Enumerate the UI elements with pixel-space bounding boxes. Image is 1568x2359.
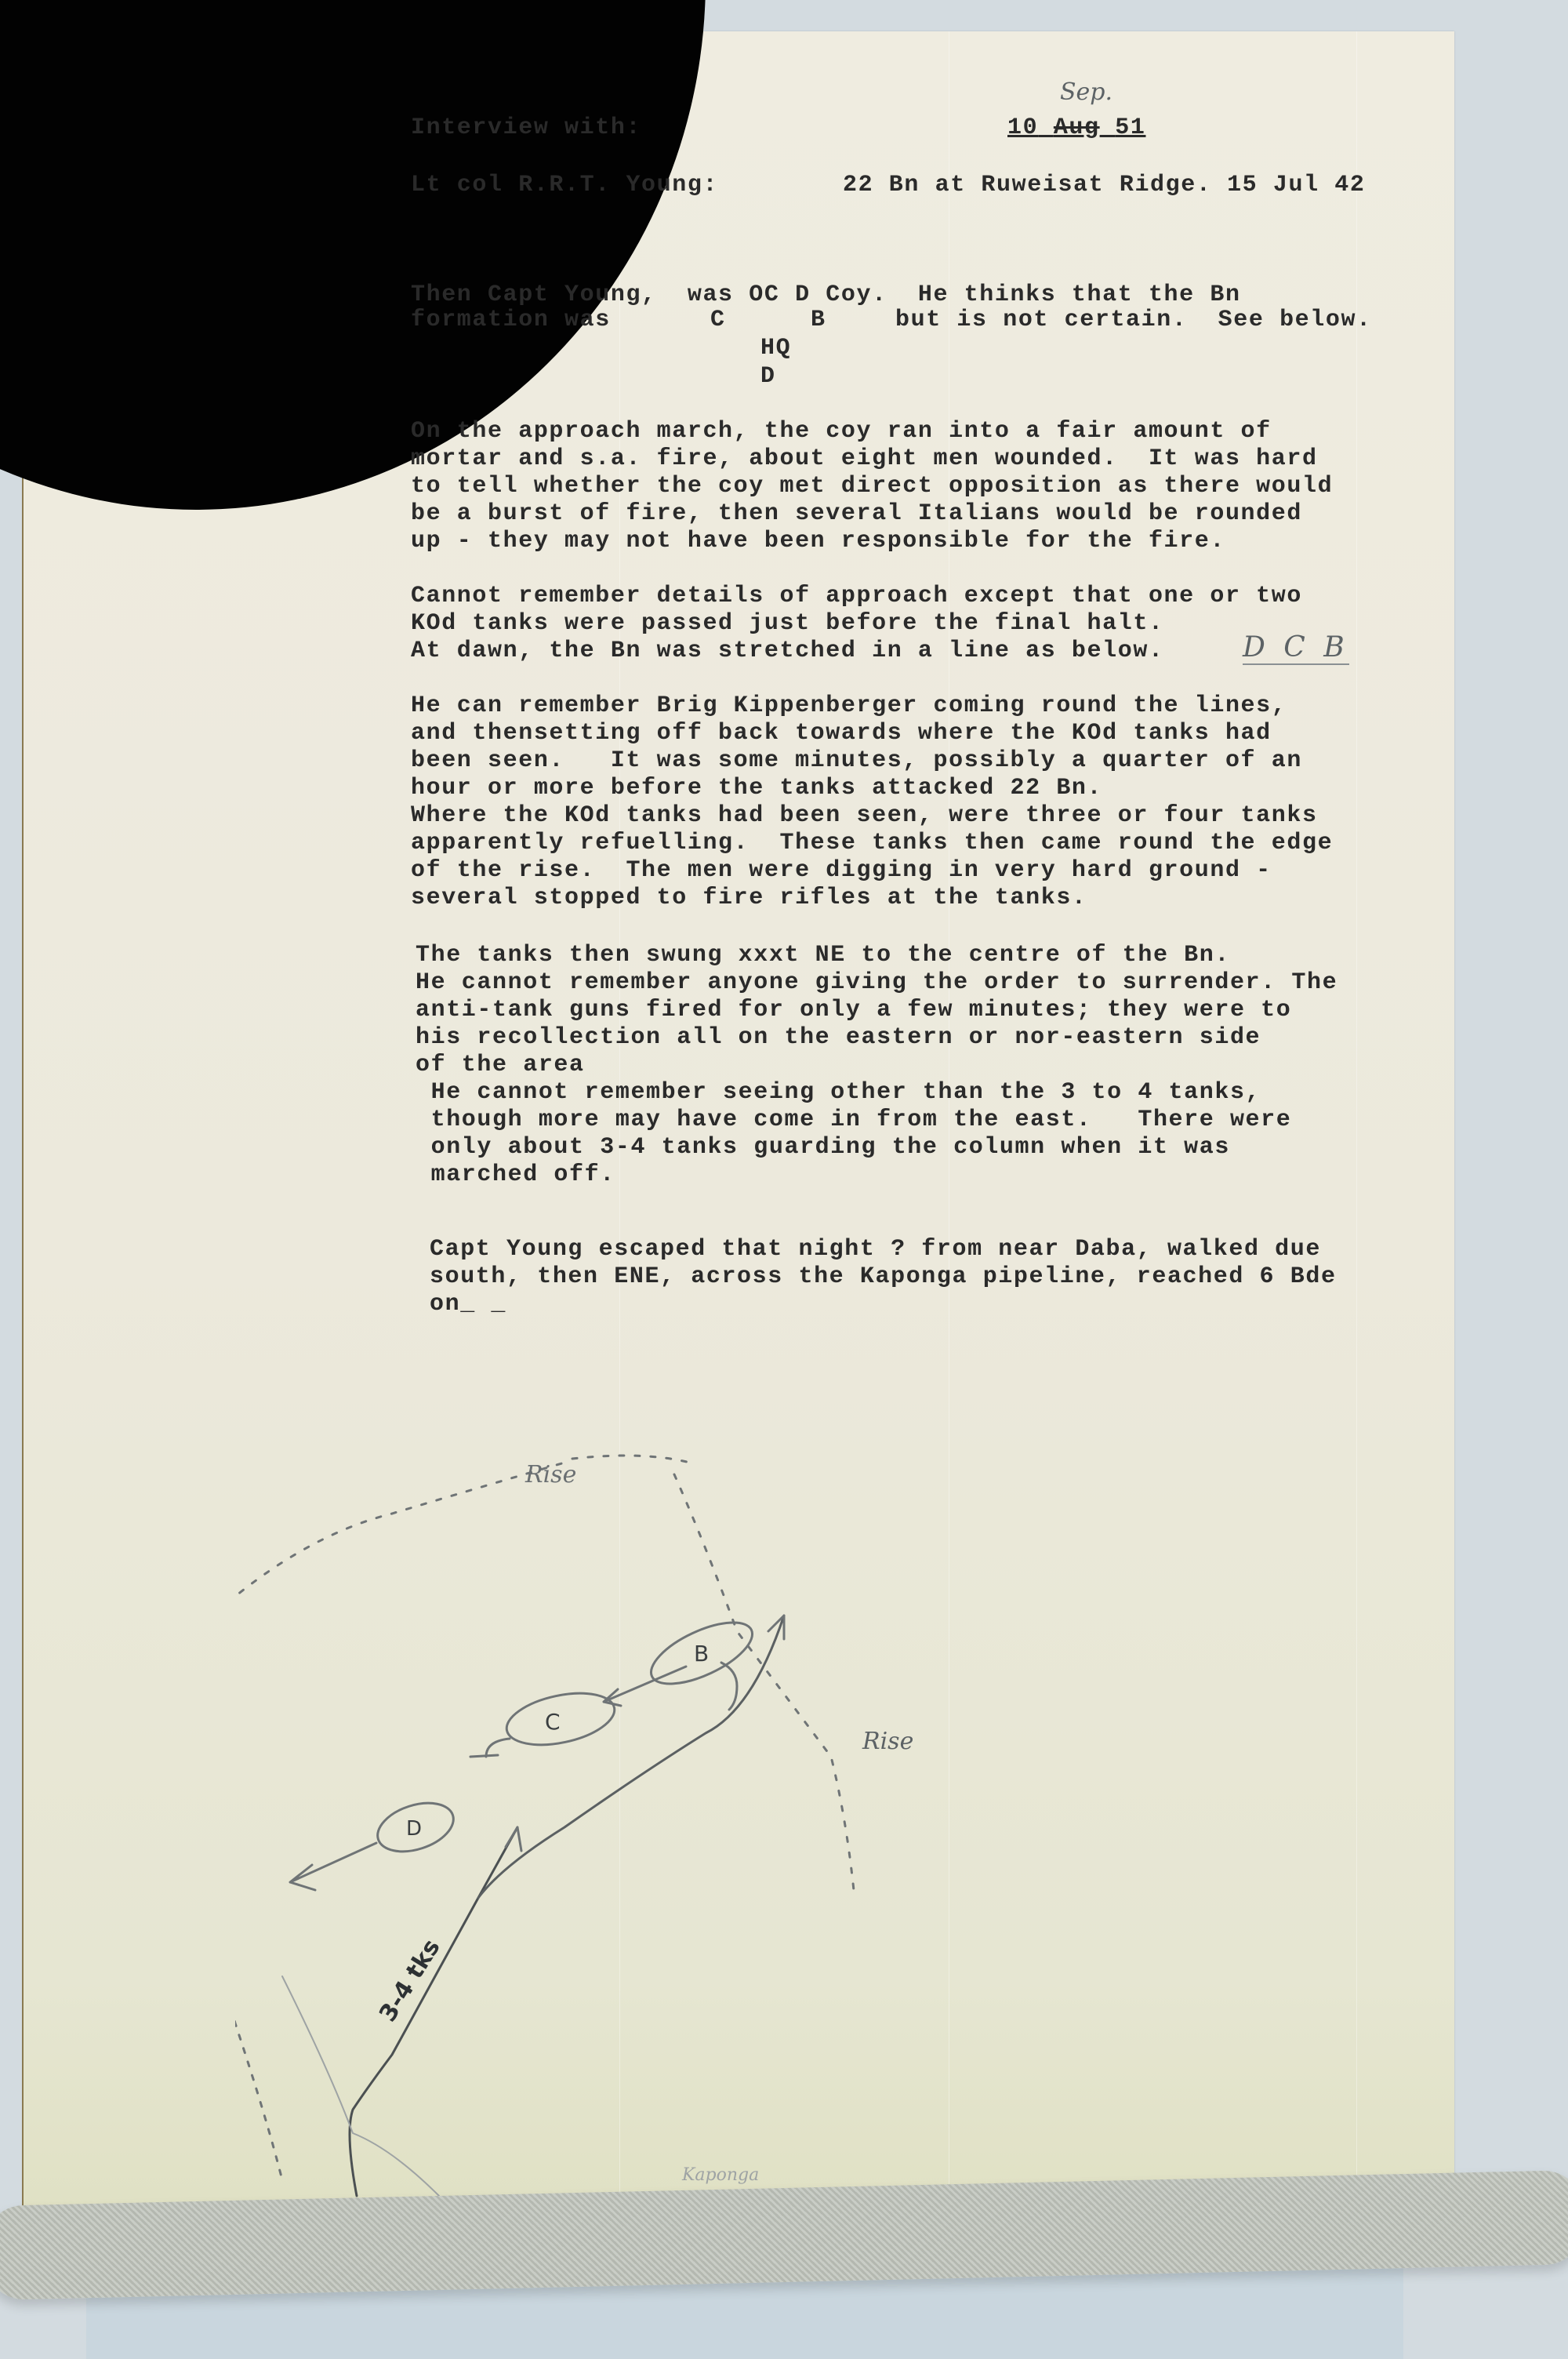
formation-b: B — [811, 306, 826, 334]
arrow-b-to-c — [604, 1667, 686, 1706]
label-rise-right: Rise — [862, 1728, 913, 1755]
text-line: of the area — [416, 1051, 585, 1079]
oval-c — [502, 1685, 619, 1754]
text-line: to tell whether the coy met direct oppos… — [411, 472, 1333, 500]
text-line: and thensetting off back towards where t… — [411, 719, 1272, 747]
text-line: been seen. It was some minutes, possibly… — [411, 747, 1302, 775]
arrow-d-west — [290, 1843, 376, 1890]
rise-hatching-top — [235, 1456, 690, 1623]
faint-track — [282, 1976, 439, 2196]
text-line: Capt Young escaped that night ? from nea… — [430, 1235, 1321, 1263]
arrow-b-hook — [721, 1663, 737, 1710]
label-tanks: 3-4 tks — [374, 1935, 446, 2027]
rise-hatching-left — [235, 1741, 282, 2180]
text-line: KOd tanks were passed just before the fi… — [411, 609, 1164, 638]
date-month-struck: Aug — [1054, 114, 1100, 141]
label-b: B — [694, 1641, 709, 1667]
arrow-c-to-d — [470, 1739, 510, 1757]
label-c: C — [545, 1709, 561, 1735]
label-bottom-note: Kaponga — [681, 2165, 759, 2185]
text-line: though more may have come in from the ea… — [416, 1106, 1291, 1134]
interview-topic: 22 Bn at Ruweisat Ridge. 15 Jul 42 — [843, 171, 1366, 199]
text-line: apparently refuelling. These tanks then … — [411, 829, 1333, 857]
formation-d: D — [760, 362, 776, 391]
text-line: only about 3-4 tanks guarding the column… — [416, 1133, 1230, 1161]
date-month-correction: Sep. — [1060, 78, 1112, 106]
formation-line-1: Then Capt Young, was OC D Coy. He thinks… — [411, 281, 1241, 309]
battle-sketch: B C D Rise Rise Rise 3-4 tks Kaponga — [235, 1427, 1254, 2212]
margin-note-dcb: D C B — [1243, 631, 1349, 665]
rise-hatching-right — [674, 1474, 855, 1898]
text-line: mortar and s.a. fire, about eight men wo… — [411, 445, 1318, 473]
text-line: At dawn, the Bn was stretched in a line … — [411, 637, 1164, 665]
label-d: D — [406, 1817, 422, 1841]
text-line: Cannot remember details of approach exce… — [411, 582, 1302, 610]
header-label: Interview with: — [411, 114, 641, 142]
text-line: anti-tank guns fired for only a few minu… — [416, 996, 1291, 1024]
formation-line-2-suffix: but is not certain. See below. — [895, 306, 1372, 334]
text-line: of the rise. The men were digging in ver… — [411, 856, 1272, 885]
date-day: 10 — [1007, 114, 1038, 141]
label-rise-top: Rise — [524, 1461, 576, 1488]
text-line: hour or more before the tanks attacked 2… — [411, 774, 1102, 802]
text-line: up - they may not have been responsible … — [411, 527, 1225, 555]
text-line: his recollection all on the eastern or n… — [416, 1023, 1261, 1052]
interview-date: 10 Aug 51 — [1007, 114, 1145, 142]
text-line: be a burst of fire, then several Italian… — [411, 500, 1302, 528]
text-line: He can remember Brig Kippenberger coming… — [411, 692, 1287, 720]
interviewee: Lt col R.R.T. Young: — [411, 171, 718, 199]
text-line: south, then ENE, across the Kaponga pipe… — [430, 1263, 1337, 1291]
text-line: Where the KOd tanks had been seen, were … — [411, 801, 1318, 830]
text-line: several stopped to fire rifles at the ta… — [411, 884, 1087, 912]
tank-track-east — [478, 1616, 784, 1898]
formation-hq: HQ — [760, 334, 791, 362]
text-line: On the approach march, the coy ran into … — [411, 417, 1272, 445]
text-line: The tanks then swung xxxt NE to the cent… — [416, 941, 1230, 969]
formation-c: C — [710, 306, 726, 334]
text-line: on_ _ — [430, 1290, 506, 1318]
tank-arrow-head-1 — [506, 1827, 521, 1851]
date-year: 51 — [1115, 114, 1145, 141]
paper-crease — [1356, 31, 1357, 2243]
text-line: He cannot remember anyone giving the ord… — [416, 969, 1338, 997]
text-line: He cannot remember seeing other than the… — [416, 1078, 1261, 1107]
text-line: marched off. — [416, 1161, 615, 1189]
formation-line-2-prefix: formation was — [411, 306, 611, 334]
